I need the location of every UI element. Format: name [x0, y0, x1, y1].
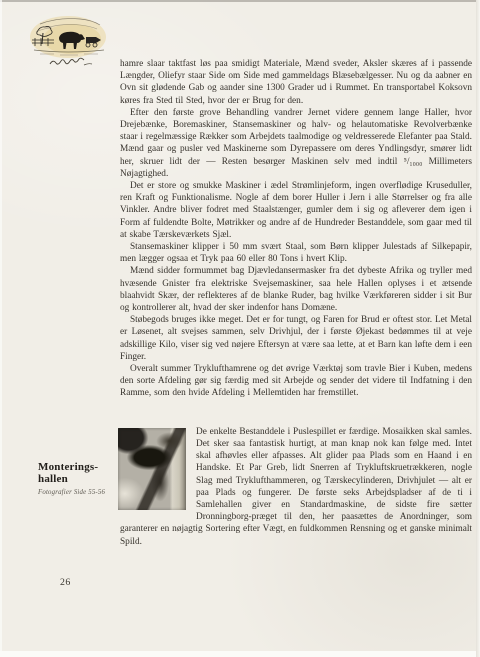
paragraph: Støbegods bruges ikke meget. Det er for …	[120, 314, 472, 363]
scan-edge-left	[0, 0, 2, 657]
body-text-column: hamre slaar taktfast løs paa smidigt Mat…	[120, 58, 472, 548]
assembly-hall-section: De enkelte Bestanddele i Puslespillet er…	[120, 426, 472, 548]
farm-scene-vignette-icon	[26, 12, 112, 72]
assembly-hall-worker-photo	[118, 428, 186, 510]
margin-section-label: Monterings- hallen Fotografier Side 55-5…	[38, 462, 116, 496]
paragraph: Mænd sidder formummet bag Djævledanserma…	[120, 265, 472, 314]
scan-edge-right	[476, 0, 480, 657]
scan-edge-top	[0, 0, 480, 2]
page-number: 26	[60, 577, 71, 588]
section-heading-line1: Monterings-	[38, 462, 116, 474]
section-heading: Monterings- hallen	[38, 462, 116, 485]
book-page: Monterings- hallen Fotografier Side 55-5…	[0, 0, 480, 657]
paragraph: hamre slaar taktfast løs paa smidigt Mat…	[120, 58, 472, 107]
scan-edge-bottom	[0, 651, 480, 657]
paragraph: Stansemaskiner klipper i 50 mm svært Sta…	[120, 241, 472, 265]
paragraph: Overalt summer Tryklufthamrene og det øv…	[120, 363, 472, 400]
photo-reference-caption: Fotografier Side 55-56	[38, 489, 116, 496]
paragraph: Det er store og smukke Maskiner i ædel S…	[120, 180, 472, 241]
section-heading-line2: hallen	[38, 474, 116, 486]
paragraph: Efter den første grove Behandling vandre…	[120, 107, 472, 180]
